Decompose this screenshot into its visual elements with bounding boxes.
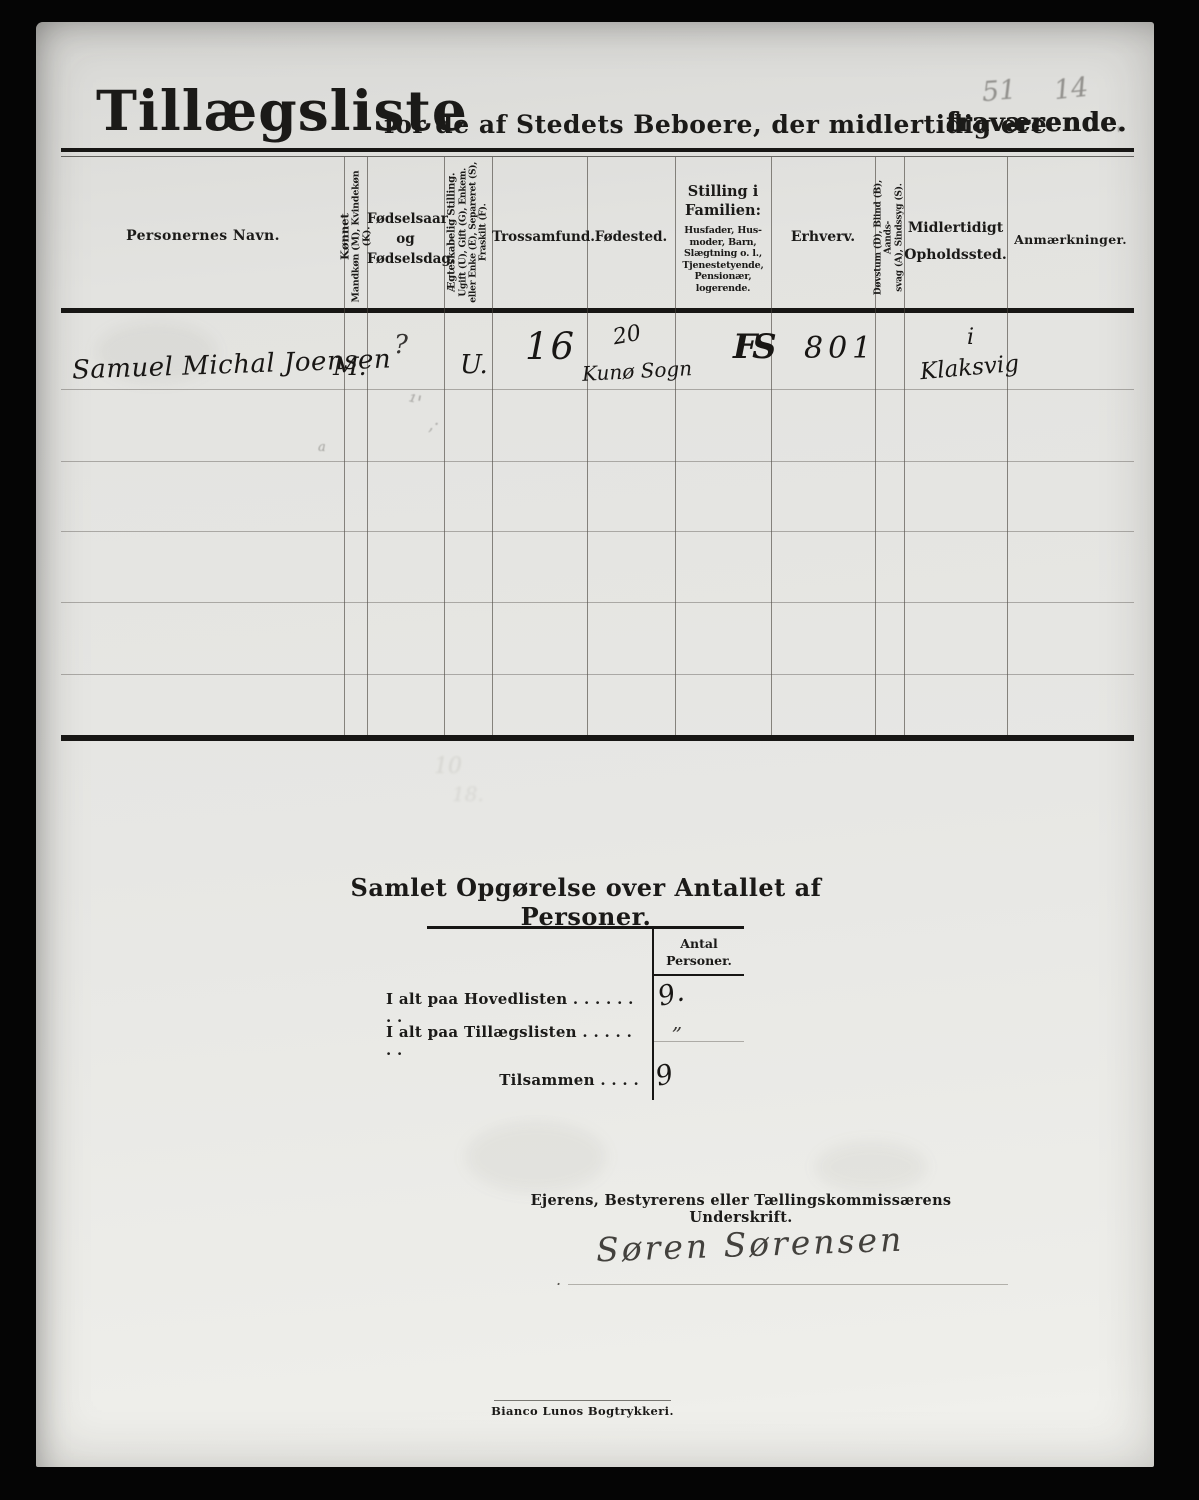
paper-smudge [466,1122,606,1192]
summary-row-label: I alt paa Tillægslisten . . . . . . . [386,1023,639,1059]
header-line: Personer. [654,952,744,969]
header-line: Midlertidigt [904,215,1007,242]
table-row-line [61,531,1134,532]
pencil-note: 51 [981,75,1017,108]
entry-family-position: FS [733,327,772,367]
header-line: Husfader, Hus- [675,225,771,237]
summary-top-rule [427,926,744,929]
table-header-rule [61,308,1134,313]
summary-row-label: I alt paa Hovedlisten . . . . . . . . [386,990,639,1026]
header-line: Pensionær, [675,271,771,283]
signature-label: Ejerens, Bestyrerens eller Tællingskommi… [496,1192,986,1226]
signature-line [568,1284,1008,1285]
table-row-line [61,674,1134,675]
column-header-helbred: Døvstum (D), Blind (B), Aands- svag (A),… [873,163,904,313]
column-header-fodested: Fødested. [587,229,675,245]
column-header-opholdssted: Midlertidigt Opholdssted. [904,215,1007,269]
column-header-erhverv: Erhverv. [771,229,875,245]
page-subtitle-emphasis: fraværende. [946,108,1127,138]
printer-imprint: Bianco Lunos Bogtrykkeri. [456,1404,709,1418]
table-row-line [61,461,1134,462]
header-line: moder, Barn, [675,237,771,249]
entry-gender: M. [333,352,367,381]
table-bottom-rule [61,735,1134,741]
footer-rule [494,1400,671,1401]
summary-value: 9 [653,1058,677,1092]
signature-name: Søren Sørensen [595,1220,904,1270]
header-line: Stilling i [675,182,771,201]
column-header-navn: Personernes Navn. [62,228,344,244]
pencil-note: 14 [1052,72,1089,106]
entry-residence-prefix: i [967,325,974,350]
header-line: Tjenestetyende, [675,260,771,272]
table-row-line [61,389,1134,390]
header-line: svag (A), Sindssyg (S). [894,163,904,313]
header-line: logerende. [675,283,771,295]
column-divider [444,157,445,735]
header-line: Fødselsdag. [367,249,444,269]
entry-marital-status: U. [460,350,488,380]
column-header-fodselsdato: Fødselsaar og Fødselsdag. [367,209,444,269]
column-header-trossamfund: Trossamfund. [492,229,587,245]
paper-smudge [816,1142,926,1192]
entry-birthdate: ? [394,330,408,360]
summary-header-rule [654,974,744,976]
header-line: Antal [654,935,744,952]
bleed-through-mark: 10 [434,754,462,779]
table-top-rule [61,148,1134,157]
pencil-scribble: ,· [428,414,439,435]
header-line: Ugift (U), Gift (G), Enkem. [458,157,468,307]
header-line: Opholdssted. [904,242,1007,269]
header-line: Fraskilt (F). [479,157,489,307]
summary-value: 9. [655,976,687,1012]
column-header-anmerkninger: Anmærkninger. [1007,232,1134,247]
header-line: Døvstum (D), Blind (B), Aands- [873,163,894,313]
entry-occupation: 801 [804,331,876,366]
header-line: og [367,229,444,249]
pencil-tick: ' [1116,122,1122,146]
header-line: Slægtning o. l., [675,248,771,260]
summary-thin-rule [654,1041,744,1042]
summary-column-header: Antal Personer. [654,935,744,969]
header-line: Familien: [675,201,771,220]
column-header-aegteskabelig: Ægteskabelig Stilling. Ugift (U), Gift (… [447,157,490,307]
pencil-scribble: a [318,440,326,455]
header-line: eller Enke (E), Separeret (S), [469,157,479,307]
signature-dot: . [556,1270,561,1289]
paper-sheet: Tillægsliste for de af Stedets Beboere, … [36,22,1154,1467]
entry-denomination: 16 [525,325,576,368]
summary-row-label: Tilsammen . . . . [386,1071,639,1089]
entry-birthplace-note: 20 [611,321,643,350]
column-header-stilling: Stilling i Familien: Husfader, Hus- mode… [675,182,771,294]
summary-value: „ [672,1010,682,1034]
header-line: Ægteskabelig Stilling. [447,157,459,307]
header-line: Fødselsaar [367,209,444,229]
entry-residence: Klaksvig [919,351,1020,386]
scanned-census-page: Tillægsliste for de af Stedets Beboere, … [0,0,1199,1500]
table-row-line [61,602,1134,603]
pencil-scribble: ¹' [406,389,424,415]
bleed-through-mark: 18. [452,782,484,806]
summary-heading: Samlet Opgørelse over Antallet af Person… [286,873,886,931]
